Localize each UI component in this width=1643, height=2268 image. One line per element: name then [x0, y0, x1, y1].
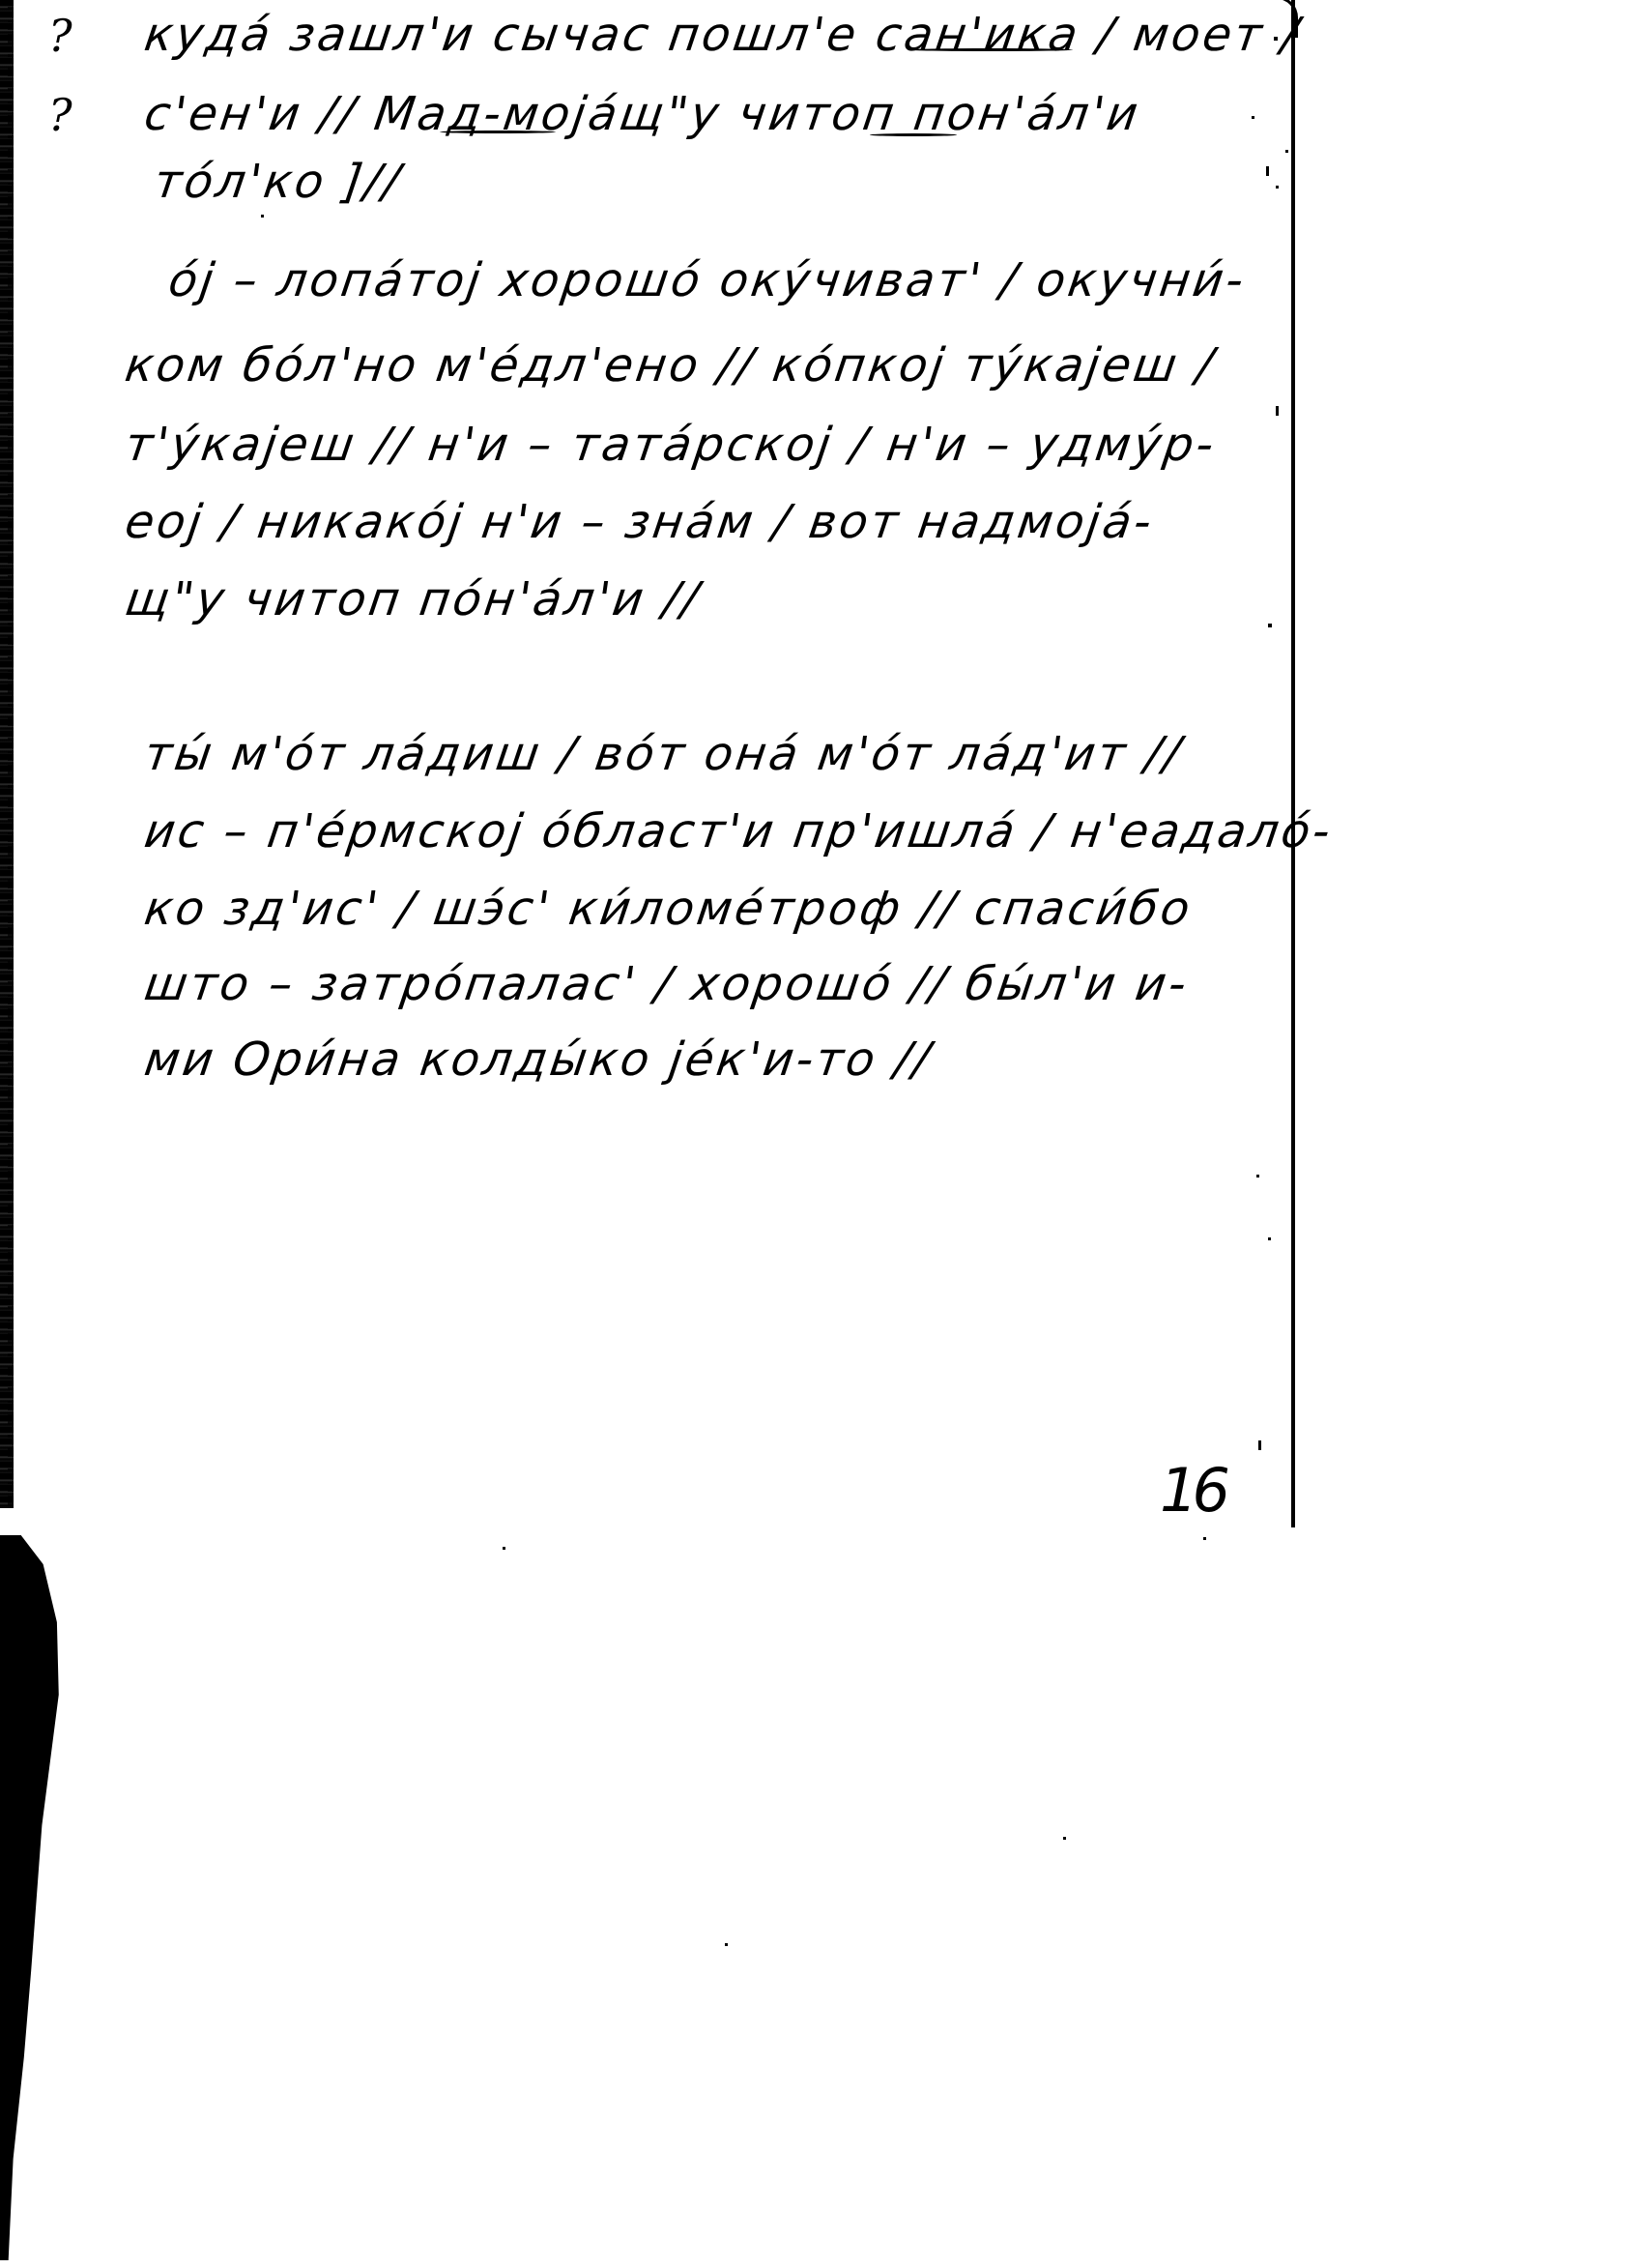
scan-speck	[1276, 186, 1279, 189]
text-line: о́ј – лопа́тој хорошо́ оку́чиват' / окуч…	[165, 253, 1250, 307]
scan-speck	[1268, 1237, 1271, 1240]
text-line: еој / никако́ј н'и – зна́м / вот надмоја…	[122, 495, 1158, 549]
underline-stroke	[908, 48, 1073, 51]
text-line: ты́ м'о́т ла́диш / во́т она́ м'о́т ла́д'…	[141, 727, 1187, 781]
text-line: ми Ори́на колды́ко је́к'и-то //	[141, 1032, 936, 1087]
scan-speck	[1256, 1175, 1259, 1178]
scan-speck	[1276, 406, 1279, 416]
text-line: то́л'ко ]//	[151, 155, 406, 209]
scan-speck	[1258, 1440, 1261, 1450]
text-line: ко зд'ис' / шэ́с' ки́ломе́троф // спаси́…	[141, 882, 1196, 936]
text-line: с'ен'и // Мад-моја́щ"у читоп пон'а́л'и	[141, 87, 1144, 141]
margin-question-mark-1: ?	[48, 10, 72, 62]
scan-edge-shadow	[0, 0, 14, 1508]
scan-speck	[1252, 116, 1254, 119]
text-line: т'у́кајеш // н'и – тата́рској / н'и – уд…	[122, 418, 1220, 472]
text-line: што – затро́палас' / хорошо́ // бы́л'и и…	[141, 957, 1193, 1011]
scan-speck	[725, 1943, 728, 1946]
margin-question-mark-2: ?	[48, 89, 72, 141]
text-line: щ"у читоп по́н'а́л'и //	[122, 572, 705, 626]
scan-speck	[1285, 150, 1288, 153]
text-line: ис – п'е́рмској о́бласт'и пр'ишла́ / н'е…	[141, 804, 1337, 858]
scan-edge-blob	[0, 1535, 60, 2260]
scanned-page: ? ? куда́ зашл'и сычас пошл'е сан'ика / …	[0, 0, 1643, 2268]
text-line: ком бо́л'но м'е́дл'ено // ко́пкој ту́кај…	[122, 338, 1219, 393]
underline-stroke	[870, 133, 957, 136]
scan-speck	[1203, 1537, 1206, 1540]
scan-speck	[1268, 624, 1272, 627]
scan-speck	[1266, 166, 1269, 176]
underline-stroke	[440, 131, 556, 133]
scan-speck	[1063, 1837, 1066, 1840]
page-number: 16	[1160, 1455, 1225, 1526]
margin-frame-line	[1291, 0, 1295, 1527]
scan-speck	[261, 215, 264, 218]
scan-speck	[1274, 37, 1278, 41]
scan-speck	[503, 1547, 505, 1550]
text-line: куда́ зашл'и сычас пошл'е сан'ика / моет…	[141, 8, 1305, 62]
